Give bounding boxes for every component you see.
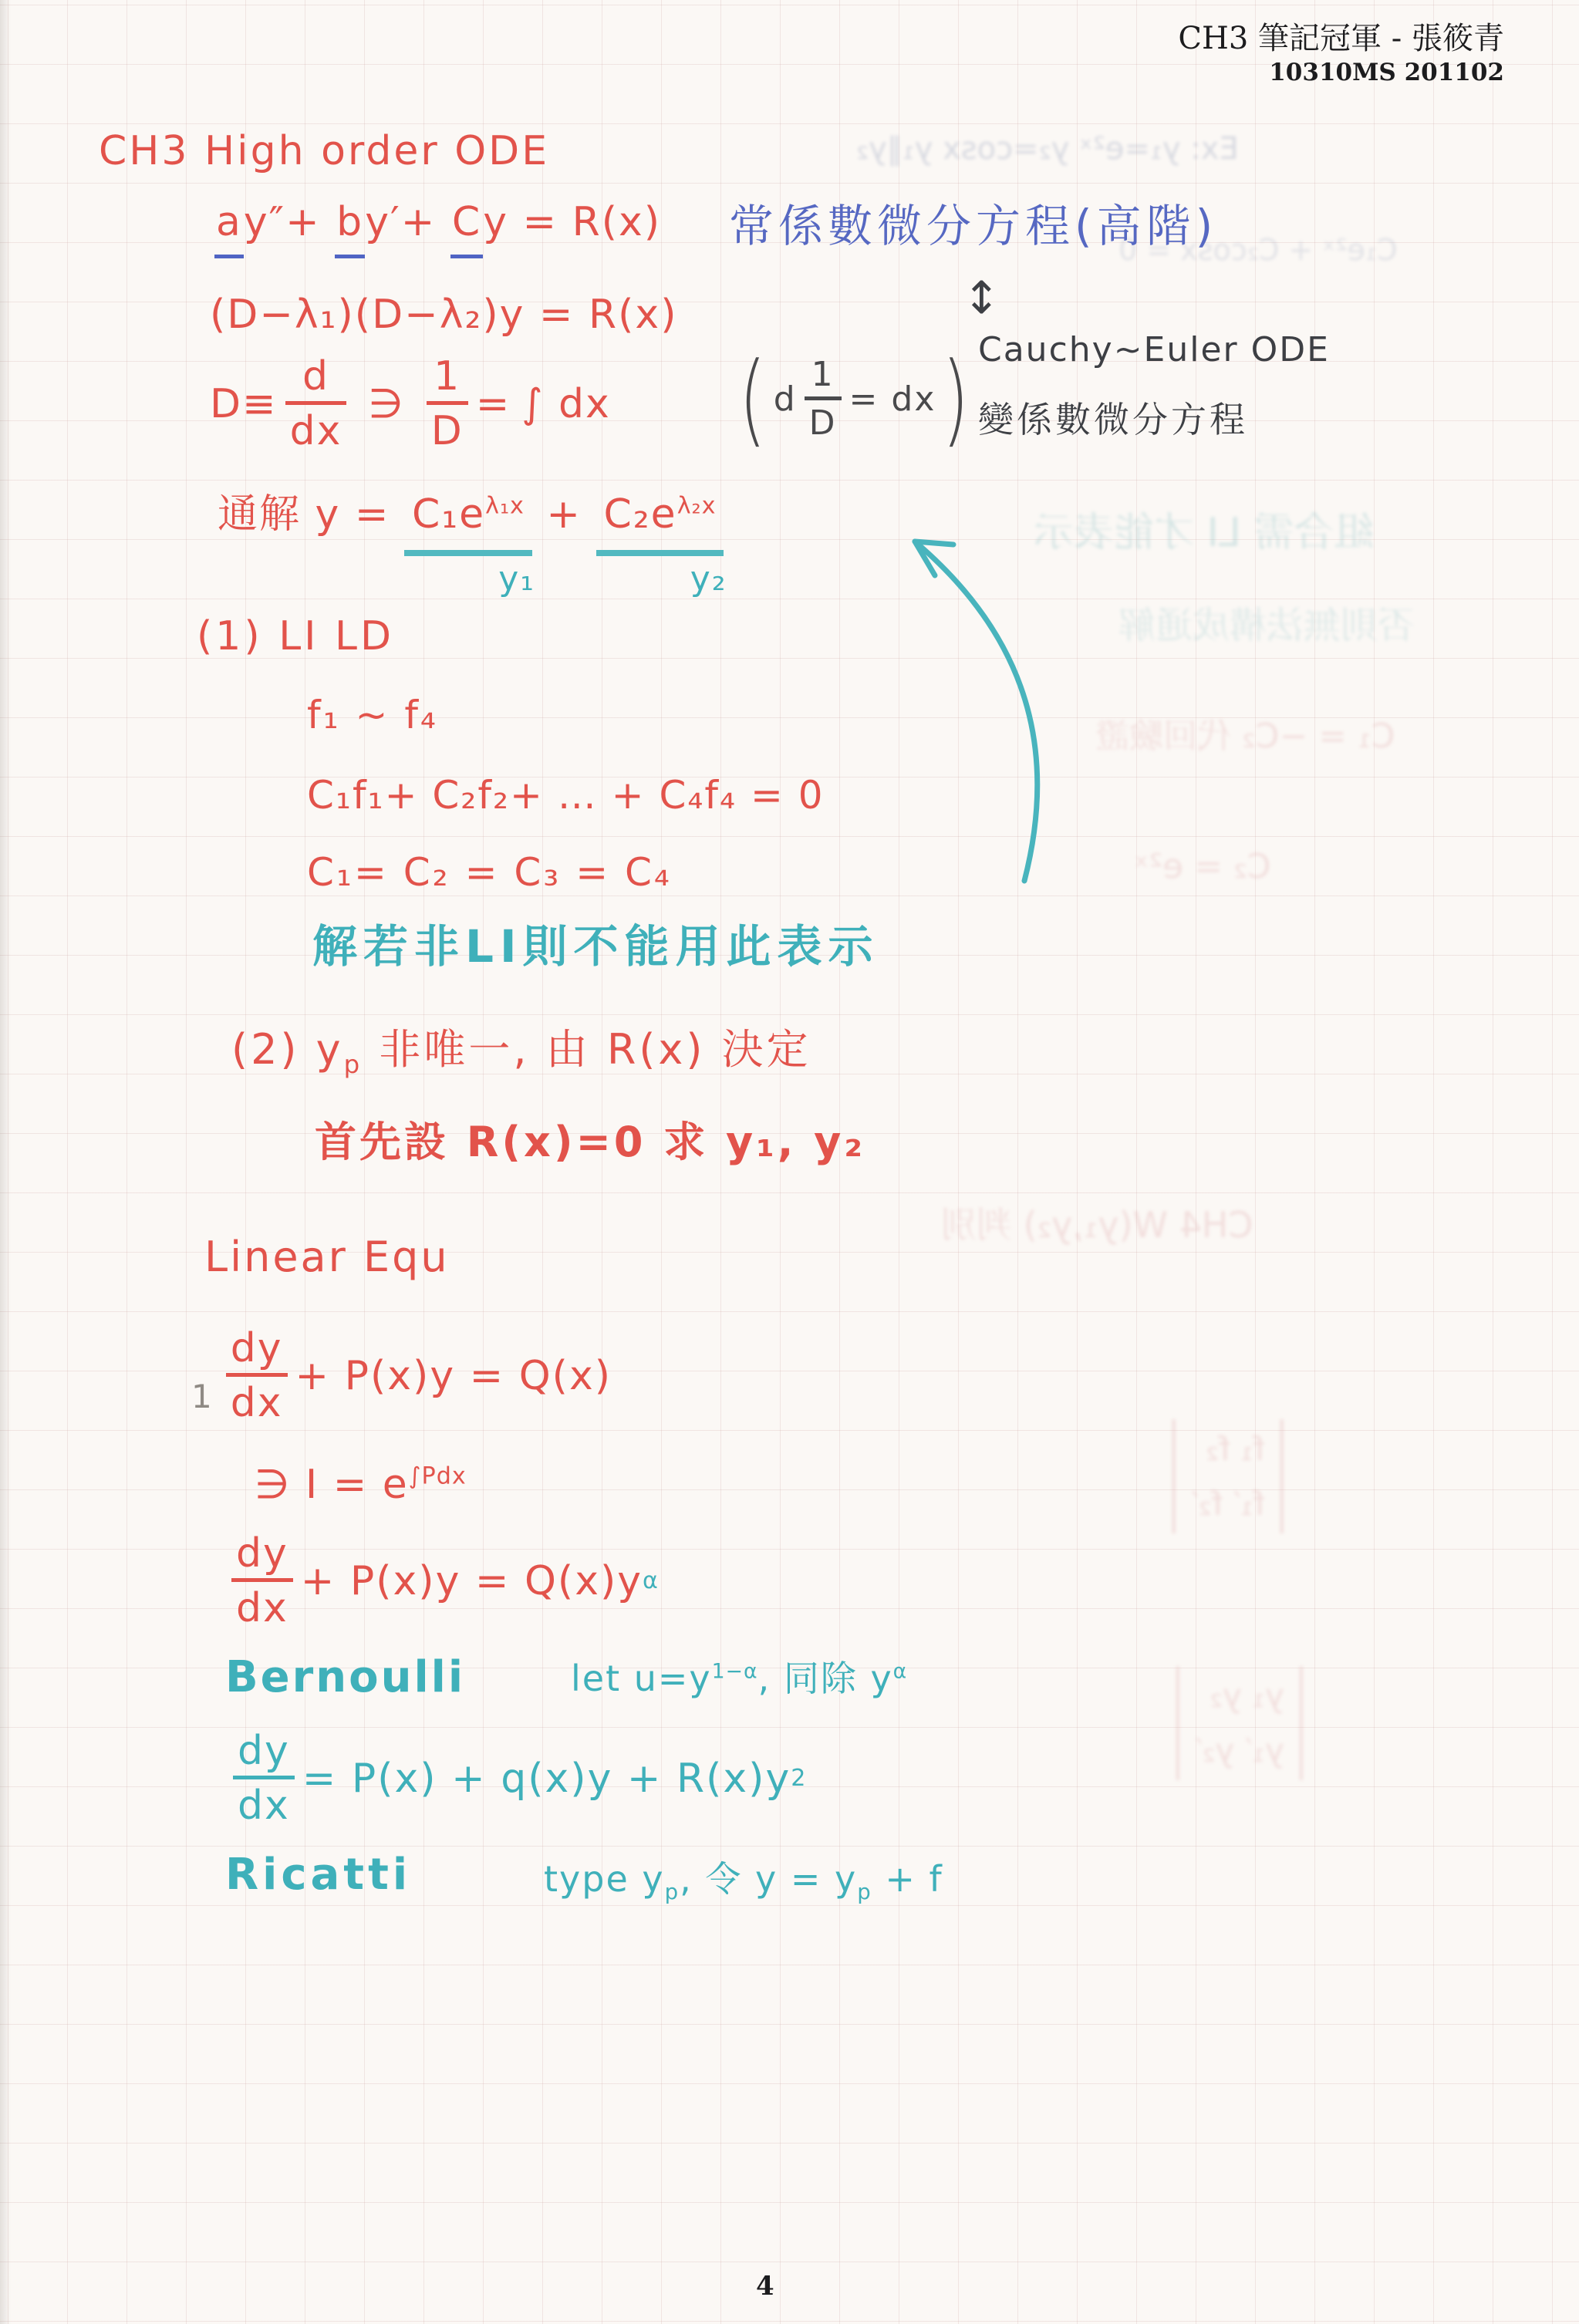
bleedthrough-text: 組合需 LI 才能表示 <box>1034 500 1374 558</box>
fraction-denominator: dx <box>233 1776 295 1826</box>
item-2-yp-note: (2) yp 非唯一, 由 R(x) 決定 <box>231 1017 811 1079</box>
bleedthrough-determinant: f₁ f₂ f₁′ f₂′ <box>1172 1419 1284 1533</box>
equation-text: (2) y <box>231 1025 344 1074</box>
equation-text: , 同除 y <box>758 1658 893 1699</box>
equation-text: + f <box>872 1858 943 1900</box>
equation-text: + P(x)y = Q(x) <box>295 1353 612 1399</box>
equation-text: y = R(x) <box>483 199 661 245</box>
equation-text: = <box>476 381 511 427</box>
bleedthrough-row: f₁′ f₂′ <box>1191 1485 1265 1523</box>
factored-operator-equation: (D−λ₁)(D−λ₂)y = R(x) <box>210 292 678 338</box>
fraction-denominator: dx <box>226 1373 288 1423</box>
header-code: 10310MS 201102 <box>1269 59 1504 86</box>
fraction-numerator: 1 <box>429 356 465 401</box>
pencil-index: 1 <box>191 1378 214 1415</box>
bleedthrough-text: C₁ = −C₂ 代回驗證 <box>1095 708 1395 757</box>
linear-section-title: Linear Equ <box>204 1233 450 1281</box>
bleedthrough-text: 否則無法構成通解 <box>1118 595 1415 649</box>
equation-text: D≡ <box>210 381 278 427</box>
alpha-exponent: α <box>643 1567 659 1594</box>
bleedthrough-text: Ex: y₁=e²ˣ y₂=cosx y₁‖y₂ <box>856 131 1239 167</box>
fraction-denominator: D <box>427 401 468 451</box>
fraction-denominator: dx <box>285 401 347 451</box>
operator-definition-equation: D≡ d dx ∋ 1 D = ∫ dx <box>210 356 611 451</box>
underlined-coefficient: b <box>335 199 365 258</box>
equation-text: 通解 y = <box>218 491 404 538</box>
open-paren: ( <box>739 349 768 449</box>
underlined-coefficient: a <box>214 199 244 258</box>
exponent: ∫Pdx <box>409 1463 467 1490</box>
equation-text: 非唯一, 由 R(x) 決定 <box>363 1025 811 1074</box>
item-1-li-ld: (1) LI LD <box>197 613 394 659</box>
notebook-page: Ex: y₁=e²ˣ y₂=cosx y₁‖y₂ C₁e²ˣ + C₂cosx … <box>0 0 1579 2324</box>
bleedthrough-row: y₁′ y₂′ <box>1195 1732 1284 1769</box>
exponent: λ₂x <box>677 493 717 520</box>
bernoulli-substitution-note: let u=y1−α, 同除 yα <box>571 1651 907 1702</box>
equation-text: + <box>532 491 596 538</box>
term-label-y2: y₂ <box>690 559 727 599</box>
equation-text: ∋ I = e <box>255 1462 409 1508</box>
bleedthrough-row: f₁ f₂ <box>1191 1430 1265 1468</box>
bleedthrough-determinant: y₁ y₂ y₁′ y₂′ <box>1176 1666 1303 1780</box>
exponent: 1−α <box>712 1660 758 1684</box>
ode-standard-equation: ay″+ by′+ Cy = R(x) <box>214 199 661 245</box>
fraction-numerator: dy <box>233 1731 295 1776</box>
equation-text: ∫ dx <box>521 381 610 427</box>
equation-text: C₂e <box>604 491 677 538</box>
chapter-title: CH3 High order ODE <box>99 128 549 174</box>
fraction: 1 D <box>805 358 842 440</box>
subscript: p <box>344 1050 363 1079</box>
fraction-numerator: dy <box>231 1533 293 1578</box>
updown-arrow-icon: ↕ <box>963 272 1000 324</box>
such-that-symbol: ∋ <box>368 381 404 427</box>
header-title: CH3 筆記冠軍 - 張筱青 <box>1178 14 1504 58</box>
equation-text: y″+ <box>244 199 335 245</box>
variable-coefficient-note: 變係數微分方程 <box>978 392 1248 443</box>
constants-equal-line: C₁= C₂ = C₃ = C₄ <box>307 850 672 895</box>
fraction-numerator: dy <box>226 1328 288 1373</box>
bernoulli-equation: dy dx + P(x)y = Q(x)y α <box>224 1533 659 1628</box>
linear-combination-line: C₁f₁+ C₂f₂+ … + C₄f₄ = 0 <box>307 773 825 818</box>
solution-term-y1: C₁eλ₁xy₁ <box>404 491 532 556</box>
fraction: dy dx <box>226 1328 288 1423</box>
exponent: α <box>893 1660 908 1684</box>
fraction-numerator: d <box>298 356 334 401</box>
subscript: p <box>665 1879 680 1904</box>
first-set-line: 首先設 R(x)=0 求 y₁, y₂ <box>315 1109 865 1169</box>
equation-text: type y <box>544 1858 665 1900</box>
exponent: λ₁x <box>485 493 525 520</box>
ricatti-equation: dy dx = P(x) + q(x)y + R(x)y 2 <box>225 1731 806 1826</box>
fraction-denominator: D <box>805 396 842 440</box>
bleedthrough-text: CH4 W(y₁,y₂) 判別 <box>941 1197 1253 1248</box>
scan-edge-shadow <box>0 0 11 2324</box>
equation-text: y′+ <box>365 199 450 245</box>
equation-text: = dx <box>849 379 936 419</box>
fraction: 1 D <box>427 356 468 451</box>
solution-term-y2: C₂eλ₂xy₂ <box>596 491 724 556</box>
linear-equation: 1 dy dx + P(x)y = Q(x) <box>191 1328 612 1423</box>
f-range-line: f₁ ~ f₄ <box>307 693 438 737</box>
equation-text: , 令 y = y <box>680 1858 857 1900</box>
subscript: p <box>857 1879 872 1904</box>
fraction: dy dx <box>231 1533 293 1628</box>
equation-text: C₁e <box>412 491 485 538</box>
fraction-denominator: dx <box>231 1578 293 1628</box>
general-solution-equation: 通解 y = C₁eλ₁xy₁ + C₂eλ₂xy₂ <box>218 481 724 556</box>
page-number: 4 <box>756 2271 774 2302</box>
exponent: 2 <box>791 1765 806 1792</box>
fraction: d dx <box>285 356 347 451</box>
close-paren: ) <box>942 349 970 449</box>
fraction: dy dx <box>233 1731 295 1826</box>
term-label-y1: y₁ <box>498 559 535 599</box>
equation-text: + P(x)y = Q(x)y <box>301 1558 643 1604</box>
fraction-numerator: 1 <box>807 358 839 396</box>
ricatti-label: Ricatti <box>225 1850 411 1900</box>
bleedthrough-text: C₂ = e²ˣ <box>1134 847 1270 886</box>
ricatti-substitution-note: type yp, 令 y = yp + f <box>544 1851 943 1904</box>
equation-text: = P(x) + q(x)y + R(x)y <box>302 1756 791 1802</box>
underlined-coefficient: C <box>450 199 483 258</box>
integrating-factor-line: ∋ I = e∫Pdx <box>255 1462 467 1508</box>
equation-text: let u=y <box>571 1658 712 1699</box>
pencil-side-note: ( d 1 D = dx ) <box>733 349 977 449</box>
bleedthrough-row: y₁ y₂ <box>1195 1677 1284 1715</box>
cauchy-euler-label: Cauchy~Euler ODE <box>978 330 1330 369</box>
li-warning-note: 解若非LI則不能用此表示 <box>312 910 879 975</box>
constant-coefficient-note: 常係數微分方程(高階) <box>729 190 1217 255</box>
bernoulli-label: Bernoulli <box>225 1652 465 1702</box>
equation-text: d <box>774 379 797 419</box>
